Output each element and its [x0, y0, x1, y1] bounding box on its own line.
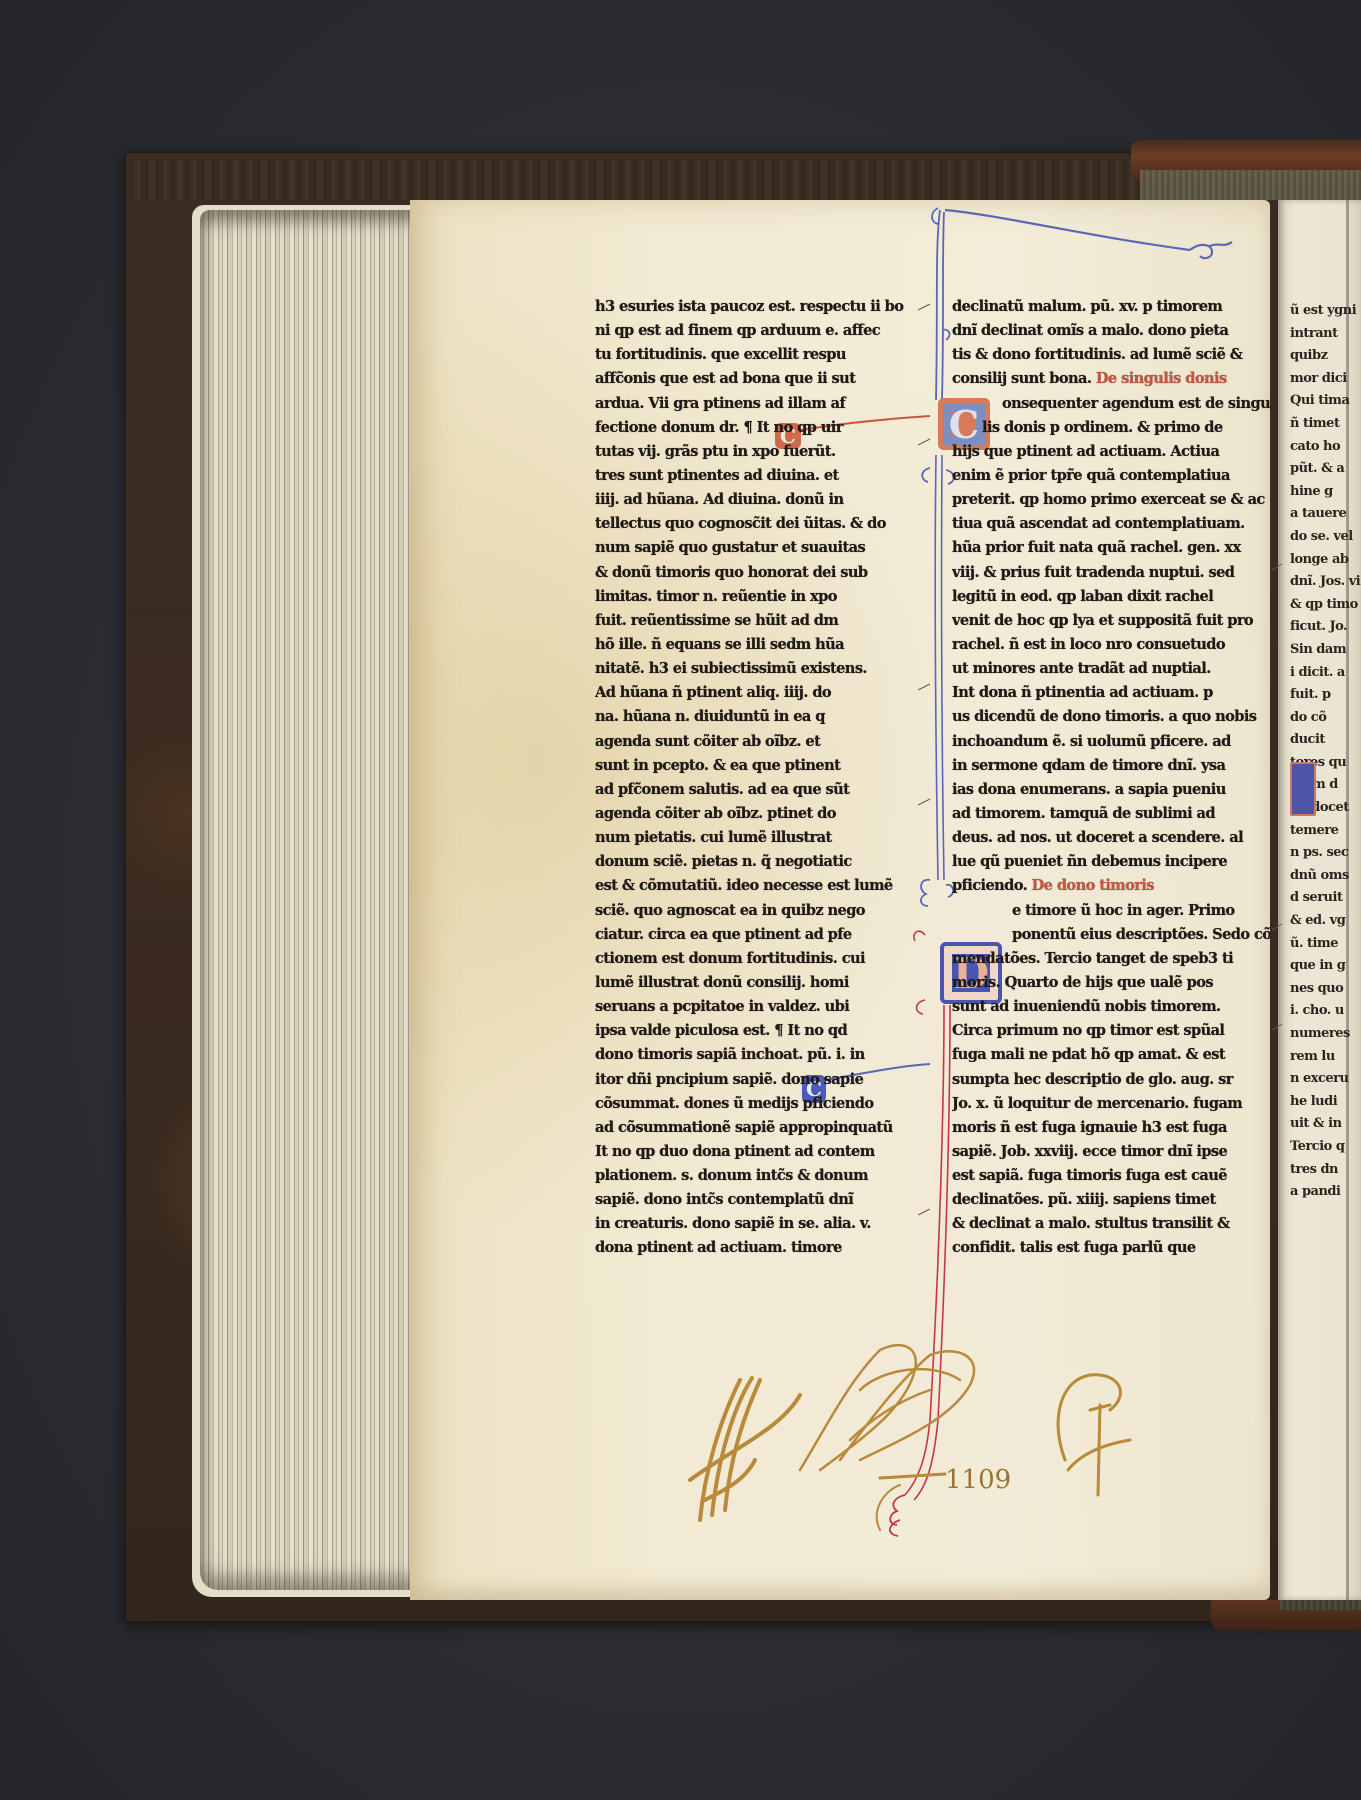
text-line: ad cõsummationẽ sapiẽ appropinquatũ — [595, 1116, 925, 1140]
text-line: limitas. timor n. reũentie in xpo — [595, 585, 925, 609]
text-line: lumẽ illustrat donũ consilij. homi — [595, 971, 925, 995]
next-leaf-initial — [1290, 762, 1316, 816]
text-line: dnĩ declinat omĩs a malo. dono pieta — [952, 319, 1270, 343]
line-text: ctionem est donum fortitudinis. cui — [595, 950, 865, 967]
line-text: & donũ timoris quo honorat dei sub — [595, 564, 868, 581]
text-line: us dicendũ de dono timoris. a quo nobis — [952, 705, 1270, 729]
text-line: hõ ille. ñ equans se illi sedm hũa — [595, 633, 925, 657]
next-leaf-line: do se. vel — [1290, 526, 1361, 549]
next-leaf-line: hine g — [1290, 481, 1361, 504]
text-line: ni qp est ad finem qp arduum e. affec — [595, 319, 925, 343]
line-text: in sermone qdam de timore dnĩ. ysa — [952, 757, 1225, 774]
text-line: ad timorem. tamquã de sublimi ad — [952, 802, 1270, 826]
text-line: sapiẽ. dono intc̃s contemplatũ dnĩ — [595, 1188, 925, 1212]
text-line: dona ptinent ad actiuam. timore — [595, 1236, 925, 1260]
next-leaf-line: Sin dam — [1290, 639, 1361, 662]
line-text: tutas vij. grãs ptu in xpo fuerũt. — [595, 443, 835, 460]
line-text: affc̃onis que est ad bona que ii sut — [595, 370, 855, 387]
text-line: sunt in pcepto. & ea que ptinent — [595, 754, 925, 778]
text-line: tutas vij. grãs ptu in xpo fuerũt. — [595, 440, 925, 464]
line-text: donum sciẽ. pietas n. q̃ negotiatic — [595, 853, 852, 870]
line-text: sciẽ. quo agnoscat ea in quibz nego — [595, 902, 865, 919]
line-text: nitatẽ. h3 ei subiectissimũ existens. — [595, 660, 867, 677]
next-leaf-text: ũ est ygniintrantquibzmor diciQui timañ … — [1290, 300, 1361, 1204]
next-leaf-line: i dicit. a — [1290, 662, 1361, 685]
next-leaf-line: quibz — [1290, 345, 1361, 368]
text-line: in creaturis. dono sapiẽ in se. alia. v. — [595, 1212, 925, 1236]
line-text: ad pfc̃onem salutis. ad ea que sũt — [595, 781, 849, 798]
next-leaf-line: tres dn — [1290, 1159, 1361, 1182]
line-text: venit de hoc qp lya et suppositã fuit pr… — [952, 612, 1253, 629]
text-line: inchoandum ẽ. si uolumũ pficere. ad — [952, 730, 1270, 754]
text-line: dono timoris sapiã inchoat. pũ. i. in — [595, 1043, 925, 1067]
text-line: It no qp duo dona ptinent ad contem — [595, 1140, 925, 1164]
text-line: pficiendo. De dono timoris — [952, 874, 1270, 898]
text-line: hijs que ptinent ad actiuam. Actiua — [952, 440, 1270, 464]
line-text: itor dñi pncipium sapiẽ. dono sapie — [595, 1071, 863, 1088]
next-leaf-line: a pandi — [1290, 1181, 1361, 1204]
line-text: in creaturis. dono sapiẽ in se. alia. v. — [595, 1215, 871, 1232]
line-text: sapiẽ. dono intc̃s contemplatũ dnĩ — [595, 1191, 853, 1208]
next-leaf-line: nes quo — [1290, 978, 1361, 1001]
rubric-heading: De singulis donis — [1091, 370, 1226, 387]
next-leaf-line: he ludi — [1290, 1091, 1361, 1114]
line-text: ciatur. circa ea que ptinent ad pfe — [595, 926, 852, 943]
line-text: ardua. Vii gra ptinens ad illam af — [595, 395, 845, 412]
text-line: lue qũ pueniet ñn debemus incipere — [952, 850, 1270, 874]
text-line: Int dona ñ ptinentia ad actiuam. p — [952, 681, 1270, 705]
line-text: pficiendo. — [952, 877, 1027, 894]
line-text: tu fortitudinis. que excellit respu — [595, 346, 846, 363]
line-text: num sapiẽ quo gustatur et suauitas — [595, 539, 865, 556]
next-leaf-line: dnũ oms — [1290, 865, 1361, 888]
next-leaf-line: fuit. p — [1290, 684, 1361, 707]
next-leaf-line: d seruit — [1290, 887, 1361, 910]
line-text: iiij. ad hũana. Ad diuina. donũ in — [595, 491, 843, 508]
line-text: sapiẽ. Job. xxviij. ecce timor dnĩ ipse — [952, 1143, 1227, 1160]
line-text: onsequenter agendum est de singu — [952, 395, 1270, 412]
binding-blind-tooling — [135, 160, 1255, 200]
next-leaf-line: pũt. & a — [1290, 458, 1361, 481]
line-text: ad cõsummationẽ sapiẽ appropinquatũ — [595, 1119, 893, 1136]
text-line: sumpta hec descriptio de glo. aug. sr — [952, 1068, 1270, 1092]
line-text: lis donis p ordinem. & primo de — [952, 419, 1223, 436]
line-text: confidit. talis est fuga parlũ que — [952, 1239, 1196, 1256]
text-line: & donũ timoris quo honorat dei sub — [595, 561, 925, 585]
next-leaf-line: ũ. time — [1290, 933, 1361, 956]
line-text: deus. ad nos. ut doceret a scendere. al — [952, 829, 1243, 846]
text-line: ad pfc̃onem salutis. ad ea que sũt — [595, 778, 925, 802]
text-line: in sermone qdam de timore dnĩ. ysa — [952, 754, 1270, 778]
next-leaf-line: ñ timet — [1290, 413, 1361, 436]
text-line: tres sunt ptinentes ad diuina. et — [595, 464, 925, 488]
line-text: It no qp duo dona ptinent ad contem — [595, 1143, 875, 1160]
text-line: & declinat a malo. stultus transilit & — [952, 1212, 1270, 1236]
next-leaf-line: dnĩ. Jos. vi — [1290, 571, 1361, 594]
text-line: fuit. reũentissime se hũit ad dm — [595, 609, 925, 633]
line-text: ut minores ante tradãt ad nuptial. — [952, 660, 1211, 677]
line-text: num pietatis. cui lumẽ illustrat — [595, 829, 832, 846]
line-text: moris. Quarto de hijs que ualẽ pos — [952, 974, 1213, 991]
text-line: h3 esuries ista paucoz est. respectu ii … — [595, 295, 925, 319]
line-text: us dicendũ de dono timoris. a quo nobis — [952, 708, 1256, 725]
text-line: e timore ũ hoc in ager. Primo — [952, 899, 1270, 923]
text-line: mendatões. Tercio tanget de speb3 ti — [952, 947, 1270, 971]
line-text: sunt ad inueniendũ nobis timorem. — [952, 998, 1221, 1015]
text-line: agenda sunt cõiter ab oĩbz. et — [595, 730, 925, 754]
line-text: fectione donum dr. ¶ It no qp uir — [595, 419, 843, 436]
text-line: seruans a pcpitatoe in valdez. ubi — [595, 995, 925, 1019]
text-line: ctionem est donum fortitudinis. cui — [595, 947, 925, 971]
text-line: donum sciẽ. pietas n. q̃ negotiatic — [595, 850, 925, 874]
next-leaf-line: & ed. vg — [1290, 910, 1361, 933]
line-text: tres sunt ptinentes ad diuina. et — [595, 467, 839, 484]
line-text: dono timoris sapiã inchoat. pũ. i. in — [595, 1046, 865, 1063]
line-text: moris ñ est fuga ignauie h3 est fuga — [952, 1119, 1227, 1136]
line-text: Ad hũana ñ ptinent aliq. iiij. do — [595, 684, 831, 701]
text-line: onsequenter agendum est de singu — [952, 392, 1270, 416]
next-leaf-line: i. cho. u — [1290, 1000, 1361, 1023]
text-line: fectione donum dr. ¶ It no qp uir — [595, 416, 925, 440]
text-line: iiij. ad hũana. Ad diuina. donũ in — [595, 488, 925, 512]
text-line: num pietatis. cui lumẽ illustrat — [595, 826, 925, 850]
text-line: agenda cõiter ab oĩbz. ptinet do — [595, 802, 925, 826]
text-line: declinatões. pũ. xiiij. sapiens timet — [952, 1188, 1270, 1212]
next-leaf-line: a tauere — [1290, 503, 1361, 526]
line-text: ad timorem. tamquã de sublimi ad — [952, 805, 1215, 822]
line-text: est sapiã. fuga timoris fuga est cauẽ — [952, 1167, 1227, 1184]
next-leaf-line: mor dici — [1290, 368, 1361, 391]
text-line: lis donis p ordinem. & primo de — [952, 416, 1270, 440]
text-line: tellectus quo cognosc̃it dei ũitas. & do — [595, 512, 925, 536]
text-line: ut minores ante tradãt ad nuptial. — [952, 657, 1270, 681]
line-text: ni qp est ad finem qp arduum e. affec — [595, 322, 880, 339]
text-line: venit de hoc qp lya et suppositã fuit pr… — [952, 609, 1270, 633]
line-text: sumpta hec descriptio de glo. aug. sr — [952, 1071, 1233, 1088]
text-line: moris. Quarto de hijs que ualẽ pos — [952, 971, 1270, 995]
next-leaf-line: ũ est ygni — [1290, 300, 1361, 323]
text-line: deus. ad nos. ut doceret a scendere. al — [952, 826, 1270, 850]
text-line: confidit. talis est fuga parlũ que — [952, 1236, 1270, 1260]
text-line: ardua. Vii gra ptinens ad illam af — [595, 392, 925, 416]
line-text: Jo. x. ũ loquitur de mercenario. fugam — [952, 1095, 1242, 1112]
next-leaf-line: rem lu — [1290, 1046, 1361, 1069]
line-text: agenda sunt cõiter ab oĩbz. et — [595, 733, 820, 750]
text-line: enim ẽ prior tpr̃e quã contemplatiua — [952, 464, 1270, 488]
next-leaf-line: cato ho — [1290, 436, 1361, 459]
next-leaf-line: n ps. sec — [1290, 842, 1361, 865]
line-text: lumẽ illustrat donũ consilij. homi — [595, 974, 849, 991]
line-text: plationem. s. donum intc̃s & donum — [595, 1167, 868, 1184]
next-leaf-line: n exceru — [1290, 1068, 1361, 1091]
line-text: tis & dono fortitudinis. ad lumẽ sciẽ & — [952, 346, 1242, 363]
line-text: na. hũana n. diuiduntũ in ea q — [595, 708, 825, 725]
line-text: fuga mali ne pdat hõ qp amat. & est — [952, 1046, 1225, 1063]
line-text: inchoandum ẽ. si uolumũ pficere. ad — [952, 733, 1231, 750]
line-text: enim ẽ prior tpr̃e quã contemplatiua — [952, 467, 1230, 484]
text-line: est & cõmutatiũ. ideo necesse est lumẽ — [595, 874, 925, 898]
line-text: consilij sunt bona. — [952, 370, 1091, 387]
next-leaf-line: longe ab — [1290, 549, 1361, 572]
text-line: itor dñi pncipium sapiẽ. dono sapie — [595, 1068, 925, 1092]
fore-edge-page-stack — [200, 210, 420, 1590]
line-text: rachel. ñ est in loco nro consuetudo — [952, 636, 1225, 653]
line-text: mendatões. Tercio tanget de speb3 ti — [952, 950, 1233, 967]
line-text: ponentũ eius descriptões. Sedo cõ — [952, 926, 1270, 943]
text-line: Circa primum no qp timor est spũal — [952, 1019, 1270, 1043]
text-line: nitatẽ. h3 ei subiectissimũ existens. — [595, 657, 925, 681]
line-text: legitũ in eod. qp laban dixit rachel — [952, 588, 1213, 605]
text-line: ipsa valde piculosa est. ¶ It no qd — [595, 1019, 925, 1043]
line-text: dona ptinent ad actiuam. timore — [595, 1239, 842, 1256]
next-leaf-line: ducit — [1290, 729, 1361, 752]
next-leaf-line: & qp timo — [1290, 594, 1361, 617]
text-column-left: h3 esuries ista paucoz est. respectu ii … — [595, 295, 925, 1261]
text-line: tiua quã ascendat ad contemplatiuam. — [952, 512, 1270, 536]
line-text: dnĩ declinat omĩs a malo. dono pieta — [952, 322, 1228, 339]
text-line: ponentũ eius descriptões. Sedo cõ — [952, 923, 1270, 947]
line-text: fuit. reũentissime se hũit ad dm — [595, 612, 838, 629]
line-text: limitas. timor n. reũentie in xpo — [595, 588, 837, 605]
text-line: hũa prior fuit nata quã rachel. gen. xx — [952, 536, 1270, 560]
line-text: hũa prior fuit nata quã rachel. gen. xx — [952, 539, 1241, 556]
line-text: declinatũ malum. pũ. xv. p timorem — [952, 298, 1222, 315]
line-text: tiua quã ascendat ad contemplatiuam. — [952, 515, 1245, 532]
next-leaf-line: que in g — [1290, 955, 1361, 978]
text-line: na. hũana n. diuiduntũ in ea q — [595, 705, 925, 729]
line-text: & declinat a malo. stultus transilit & — [952, 1215, 1230, 1232]
next-leaf-line: intrant — [1290, 323, 1361, 346]
text-line: preterit. qp homo primo exerceat se & ac — [952, 488, 1270, 512]
line-text: h3 esuries ista paucoz est. respectu ii … — [595, 298, 903, 315]
text-line: cõsummat. dones ũ medijs pficiendo — [595, 1092, 925, 1116]
next-leaf-line: numeres — [1290, 1023, 1361, 1046]
line-text: agenda cõiter ab oĩbz. ptinet do — [595, 805, 836, 822]
text-line: viij. & prius fuit tradenda nuptui. sed — [952, 561, 1270, 585]
spine-cloth-top — [1140, 170, 1361, 200]
text-line: plationem. s. donum intc̃s & donum — [595, 1164, 925, 1188]
line-text: hõ ille. ñ equans se illi sedm hũa — [595, 636, 844, 653]
line-text: viij. & prius fuit tradenda nuptui. sed — [952, 564, 1234, 581]
line-text: sunt in pcepto. & ea que ptinent — [595, 757, 840, 774]
next-leaf-line: Tercio q — [1290, 1136, 1361, 1159]
text-line: Jo. x. ũ loquitur de mercenario. fugam — [952, 1092, 1270, 1116]
line-text: est & cõmutatiũ. ideo necesse est lumẽ — [595, 877, 893, 894]
text-line: affc̃onis que est ad bona que ii sut — [595, 367, 925, 391]
line-text: ipsa valde piculosa est. ¶ It no qd — [595, 1022, 847, 1039]
text-line: ias dona enumerans. a sapia pueniu — [952, 778, 1270, 802]
text-line: sapiẽ. Job. xxviij. ecce timor dnĩ ipse — [952, 1140, 1270, 1164]
text-line: tis & dono fortitudinis. ad lumẽ sciẽ & — [952, 343, 1270, 367]
next-leaf-line: ficut. Jo. — [1290, 616, 1361, 639]
text-line: sciẽ. quo agnoscat ea in quibz nego — [595, 899, 925, 923]
line-text: e timore ũ hoc in ager. Primo — [952, 902, 1235, 919]
text-line: ciatur. circa ea que ptinent ad pfe — [595, 923, 925, 947]
line-text: seruans a pcpitatoe in valdez. ubi — [595, 998, 849, 1015]
line-text: hijs que ptinent ad actiuam. Actiua — [952, 443, 1219, 460]
line-text: cõsummat. dones ũ medijs pficiendo — [595, 1095, 873, 1112]
text-line: fuga mali ne pdat hõ qp amat. & est — [952, 1043, 1270, 1067]
text-line: moris ñ est fuga ignauie h3 est fuga — [952, 1116, 1270, 1140]
text-line: legitũ in eod. qp laban dixit rachel — [952, 585, 1270, 609]
text-line: rachel. ñ est in loco nro consuetudo — [952, 633, 1270, 657]
text-line: num sapiẽ quo gustatur et suauitas — [595, 536, 925, 560]
line-text: Circa primum no qp timor est spũal — [952, 1022, 1224, 1039]
text-line: declinatũ malum. pũ. xv. p timorem — [952, 295, 1270, 319]
text-line: tu fortitudinis. que excellit respu — [595, 343, 925, 367]
line-text: declinatões. pũ. xiiij. sapiens timet — [952, 1191, 1216, 1208]
next-leaf-line: do cõ — [1290, 707, 1361, 730]
line-text: preterit. qp homo primo exerceat se & ac — [952, 491, 1265, 508]
text-line: Ad hũana ñ ptinent aliq. iiij. do — [595, 681, 925, 705]
next-leaf-line: temere — [1290, 820, 1361, 843]
line-text: ias dona enumerans. a sapia pueniu — [952, 781, 1226, 798]
text-column-right: declinatũ malum. pũ. xv. p timoremdnĩ de… — [952, 295, 1270, 1261]
line-text: tellectus quo cognosc̃it dei ũitas. & do — [595, 515, 886, 532]
next-leaf-line: uit & in — [1290, 1113, 1361, 1136]
rubric-heading: De dono timoris — [1027, 877, 1154, 894]
next-leaf-line: Qui tima — [1290, 390, 1361, 413]
text-line: est sapiã. fuga timoris fuga est cauẽ — [952, 1164, 1270, 1188]
line-text: lue qũ pueniet ñn debemus incipere — [952, 853, 1227, 870]
text-line: consilij sunt bona. De singulis donis — [952, 367, 1270, 391]
line-text: Int dona ñ ptinentia ad actiuam. p — [952, 684, 1213, 701]
text-line: sunt ad inueniendũ nobis timorem. — [952, 995, 1270, 1019]
